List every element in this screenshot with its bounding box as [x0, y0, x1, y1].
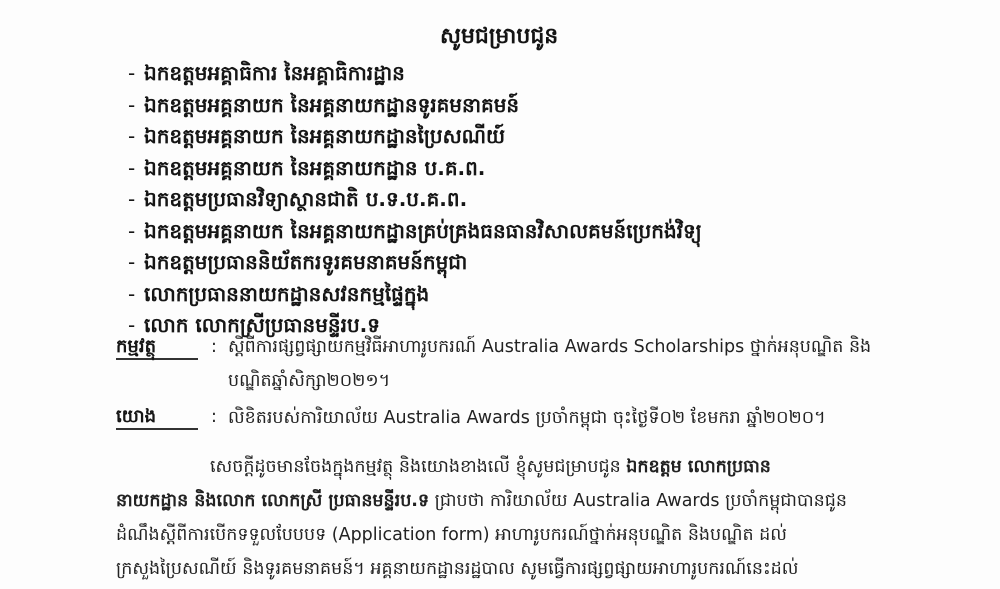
reference-label: យោង	[116, 406, 198, 430]
recipient-item: -ឯកឧត្តមអគ្គនាយក នៃអគ្គនាយកដ្ឋានទូរគមនាគ…	[128, 90, 702, 122]
reference-row: យោង:លិខិតរបស់ការិយាល័យ Australia Awards …	[116, 406, 826, 432]
recipient-item: -ឯកឧត្តមប្រធាននិយ័តករទូរគមនាគមន៍កម្ពុជា	[128, 247, 702, 279]
recipient-text: ឯកឧត្តមប្រធានវិទ្យាស្ថានជាតិ ប.ទ.ប.គ.ព.	[144, 187, 467, 211]
list-dash: -	[128, 58, 144, 90]
body-line-2-text: ជ្រាបថា ការិយាល័យ Australia Awards ប្រចា…	[429, 491, 847, 511]
body-line-1-text: សេចក្តីដូចមានចែងក្នុងកម្មវត្ថុ និងយោងខាង…	[210, 457, 626, 477]
list-dash: -	[128, 153, 144, 185]
subject-line-1: ស្តីពីការផ្សព្វផ្សាយកម្មវិធីអាហារូបករណ៍ …	[228, 330, 871, 364]
recipient-item: -ឯកឧត្តមអគ្គាធិការ នៃអគ្គាធិការដ្ឋាន	[128, 58, 702, 90]
body-line-1: សេចក្តីដូចមានចែងក្នុងកម្មវត្ថុ និងយោងខាង…	[116, 450, 916, 484]
recipient-text: លោកប្រធាននាយកដ្ឋានសវនកម្មផ្ទៃក្នុង	[144, 282, 429, 306]
scanned-letter-page: សូមជម្រាបជូន -ឯកឧត្តមអគ្គាធិការ នៃអគ្គាធ…	[0, 0, 1000, 589]
recipient-list: -ឯកឧត្តមអគ្គាធិការ នៃអគ្គាធិការដ្ឋាន -ឯក…	[128, 58, 702, 342]
subject-line-2: បណ្ឌិតឆ្នាំសិក្សា២០២១។	[228, 364, 871, 398]
recipient-item: -ឯកឧត្តមអគ្គនាយក នៃអគ្គនាយកដ្ឋាន ប.គ.ព.	[128, 153, 702, 185]
body-line-3: ដំណឹងស្តីពីការបើកទទួលបែបបទ (Application …	[116, 518, 916, 552]
list-dash: -	[128, 247, 144, 279]
list-dash: -	[128, 184, 144, 216]
subject-label: កម្មវត្ថុ	[116, 336, 198, 360]
subject-colon: :	[200, 337, 228, 357]
recipient-text: ឯកឧត្តមអគ្គនាយក នៃអគ្គនាយកដ្ឋានប្រៃសណីយ៍	[144, 124, 505, 148]
recipient-item: -ឯកឧត្តមអគ្គនាយក នៃអគ្គនាយកដ្ឋានគ្រប់គ្រ…	[128, 216, 702, 248]
body-line-2: នាយកដ្ឋាន និងលោក លោកស្រី ប្រធានមន្ទីរប.ទ…	[116, 484, 916, 518]
recipient-text: ឯកឧត្តមអគ្គាធិការ នៃអគ្គាធិការដ្ឋាន	[144, 61, 405, 85]
list-dash: -	[128, 121, 144, 153]
body-line-2-bold: នាយកដ្ឋាន និងលោក លោកស្រី ប្រធានមន្ទីរប.ទ	[116, 491, 429, 511]
subject-row: កម្មវត្ថុ:ស្តីពីការផ្សព្វផ្សាយកម្មវិធីអា…	[116, 336, 871, 398]
salutation-title: សូមជម្រាបជូន	[440, 22, 558, 54]
list-dash: -	[128, 279, 144, 311]
body-line-4: ក្រសួងប្រៃសណីយ៍ និងទូរគមនាគមន៍។ អគ្គនាយក…	[116, 552, 916, 586]
body-paragraph: សេចក្តីដូចមានចែងក្នុងកម្មវត្ថុ និងយោងខាង…	[116, 450, 916, 586]
recipient-text: ឯកឧត្តមអគ្គនាយក នៃអគ្គនាយកដ្ឋានគ្រប់គ្រង…	[144, 219, 702, 243]
reference-value: លិខិតរបស់ការិយាល័យ Australia Awards ប្រច…	[228, 406, 826, 432]
list-dash: -	[128, 90, 144, 122]
recipient-text: ឯកឧត្តមអគ្គនាយក នៃអគ្គនាយកដ្ឋាន ប.គ.ព.	[144, 156, 485, 180]
body-line-1-bold: ឯកឧត្តម លោកប្រធាន	[626, 457, 771, 477]
subject-value: ស្តីពីការផ្សព្វផ្សាយកម្មវិធីអាហារូបករណ៍ …	[228, 330, 871, 398]
recipient-item: -ឯកឧត្តមប្រធានវិទ្យាស្ថានជាតិ ប.ទ.ប.គ.ព.	[128, 184, 702, 216]
recipient-text: ឯកឧត្តមប្រធាននិយ័តករទូរគមនាគមន៍កម្ពុជា	[144, 250, 467, 274]
list-dash: -	[128, 216, 144, 248]
recipient-text: ឯកឧត្តមអគ្គនាយក នៃអគ្គនាយកដ្ឋានទូរគមនាគម…	[144, 93, 519, 117]
recipient-item: -លោកប្រធាននាយកដ្ឋានសវនកម្មផ្ទៃក្នុង	[128, 279, 702, 311]
recipient-item: -ឯកឧត្តមអគ្គនាយក នៃអគ្គនាយកដ្ឋានប្រៃសណីយ…	[128, 121, 702, 153]
reference-colon: :	[200, 407, 228, 427]
